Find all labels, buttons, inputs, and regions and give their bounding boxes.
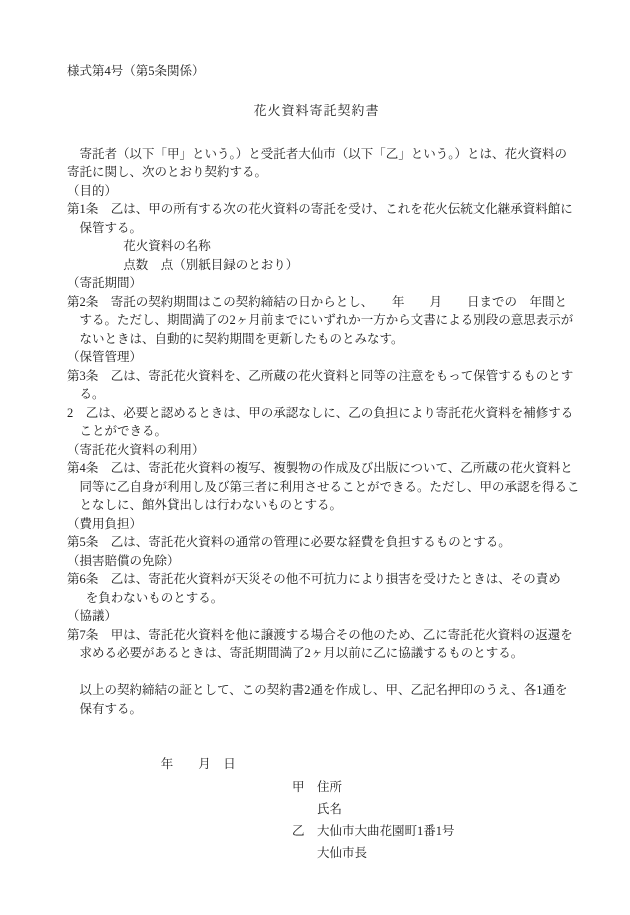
text-line: 同等に乙自身が利用し及び第三者に利用させることができる。ただし、甲の承認を得るこ [67, 478, 566, 497]
text-line [67, 663, 566, 682]
signature-block: 甲 住所氏名乙 大仙市大曲花園町1番1号大仙市長 [67, 776, 566, 864]
text-line: となしに、館外貸出しは行わないものとする。 [67, 496, 566, 515]
text-line: 第1条 乙は、甲の所有する次の花火資料の寄託を受け、これを花火伝統文化継承資料館… [67, 200, 566, 219]
text-line: 点数 点（別紙目録のとおり） [67, 256, 566, 275]
text-line: （費用負担） [67, 515, 566, 534]
text-line: （保管管理） [67, 348, 566, 367]
text-line: 第2条 寄託の契約期間はこの契約締結の日からとし、 年 月 日までの 年間と [67, 293, 566, 312]
text-line: 寄託に関し、次のとおり契約する。 [67, 163, 566, 182]
text-line: ことができる。 [67, 422, 566, 441]
text-line: を負わないものとする。 [67, 589, 566, 608]
text-line: 求める必要があるときは、寄託期間満了2ヶ月以前に乙に協議するものとする。 [67, 644, 566, 663]
text-line: する。ただし、期間満了の2ヶ月前までにいずれか一方から文書による別段の意思表示が [67, 311, 566, 330]
text-line: 氏名 [67, 798, 566, 820]
text-line: （寄託期間） [67, 274, 566, 293]
text-line: （寄託花火資料の利用） [67, 441, 566, 460]
text-line: 花火資料の名称 [67, 237, 566, 256]
text-line: 保管する。 [67, 219, 566, 238]
document-page: 様式第4号（第5条関係） 花火資料寄託契約書 寄託者（以下「甲」という。）と受託… [0, 0, 630, 915]
text-line: 甲 住所 [67, 776, 566, 798]
text-line: 以上の契約締結の証として、この契約書2通を作成し、甲、乙記名押印のうえ、各1通を [67, 681, 566, 700]
text-line: （損害賠償の免除） [67, 552, 566, 571]
text-line: 2 乙は、必要と認めるときは、甲の承認なしに、乙の負担により寄託花火資料を補修す… [67, 404, 566, 423]
text-line: 第6条 乙は、寄託花火資料が天災その他不可抗力により損害を受けたときは、その責め [67, 570, 566, 589]
text-line: （協議） [67, 607, 566, 626]
text-line: ないときは、自動的に契約期間を更新したものとみなす。 [67, 330, 566, 349]
text-line: 年 月 日 [67, 755, 566, 774]
date-line-block: 年 月 日 [67, 755, 566, 774]
text-line: 第5条 乙は、寄託花火資料の通常の管理に必要な経費を負担するものとする。 [67, 533, 566, 552]
text-line: る。 [67, 385, 566, 404]
document-title: 花火資料寄託契約書 [67, 101, 566, 121]
text-line: （目的） [67, 182, 566, 201]
document-body: 寄託者（以下「甲」という。）と受託者大仙市（以下「乙」という。）とは、花火資料の… [67, 145, 566, 719]
text-line: 第4条 乙は、寄託花火資料の複写、複製物の作成及び出版について、乙所蔵の花火資料… [67, 459, 566, 478]
form-number: 様式第4号（第5条関係） [67, 62, 566, 81]
text-line: 第7条 甲は、寄託花火資料を他に譲渡する場合その他のため、乙に寄託花火資料の返還… [67, 626, 566, 645]
text-line: 保有する。 [67, 700, 566, 719]
text-line: 寄託者（以下「甲」という。）と受託者大仙市（以下「乙」という。）とは、花火資料の [67, 145, 566, 164]
text-line: 第3条 乙は、寄託花火資料を、乙所蔵の花火資料と同等の注意をもって保管するものと… [67, 367, 566, 386]
text-line: 乙 大仙市大曲花園町1番1号 [67, 820, 566, 842]
text-line: 大仙市長 [67, 842, 566, 864]
